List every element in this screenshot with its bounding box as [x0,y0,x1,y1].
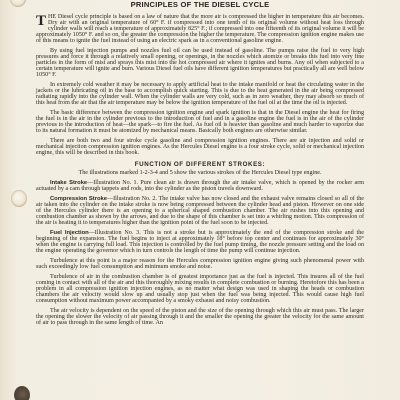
drop-cap: T [36,15,46,27]
intro-paragraph: THE Diesel cycle principle is based on a… [36,14,364,44]
hole-punch-middle [11,190,27,207]
stroke-fuel-injection: Fuel Injection—Illustration No. 3. This … [36,230,364,254]
intro-text: HE Diesel cycle principle is based on a … [36,14,364,44]
paragraph-stroke-cycles: There are both two and four stroke cycle… [36,138,364,156]
stroke-compression: Compression Stroke—Illustration No. 2. T… [36,196,364,226]
page-content: PRINCIPLES OF THE DIESEL CYCLE THE Diese… [36,2,364,330]
hole-punch-bottom [14,386,30,400]
paragraph-basic-difference: The basic difference between the compres… [36,110,364,134]
paragraph-air-velocity: The air velocity is dependent on the spe… [36,308,364,326]
page-title: PRINCIPLES OF THE DIESEL CYCLE [36,2,364,8]
section-lead: The illustrations marked 1-2-3-4 and 5 s… [36,170,364,176]
paragraph-turbulence-importance: Turbulence of air in the combustion cham… [36,274,364,304]
paragraph-fuel-injection-pumps: By using fuel injection pumps and nozzle… [36,48,364,78]
scanned-page: PRINCIPLES OF THE DIESEL CYCLE THE Diese… [0,0,400,400]
paragraph-turbulence-reason: Turbulence at this point is a major reas… [36,258,364,270]
hole-punch-top [10,0,26,7]
stroke-intake: Intake Stroke—Illustration No. 1. Pure c… [36,180,364,192]
section-heading: FUNCTION OF DIFFERENT STROKES: [36,162,364,168]
paragraph-cold-weather: In extremely cold weather it may be nece… [36,82,364,106]
